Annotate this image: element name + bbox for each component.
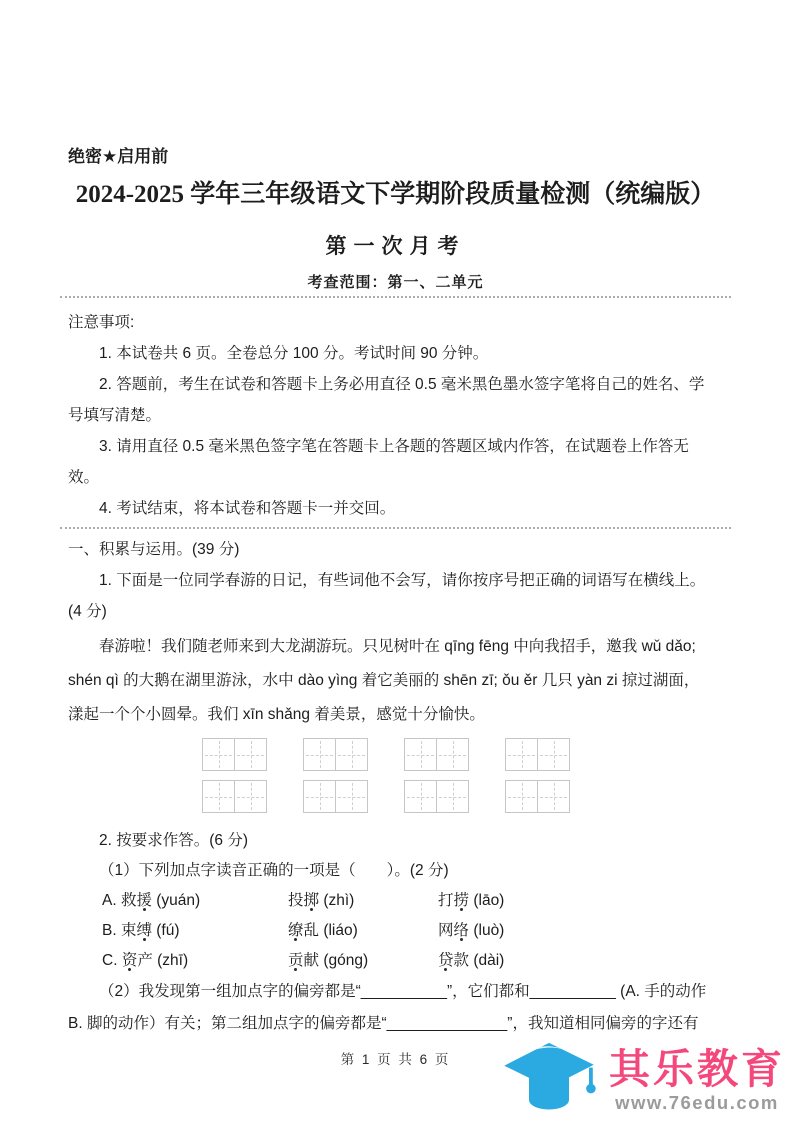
option-item: C. 资产 (zhī)	[102, 946, 288, 976]
writing-grid	[202, 738, 723, 813]
option-text: (yuán)	[152, 892, 200, 909]
question-1-prompt-line: (4 分)	[68, 596, 723, 627]
dotted-char: 捞	[454, 892, 470, 909]
diary-line: 春游啦！我们随老师来到大龙湖游玩。只见树叶在 qīng fēng 中向我招手，邀…	[68, 630, 723, 664]
tianzige-cell	[335, 780, 368, 813]
option-text: (lāo)	[469, 892, 504, 909]
notice-section: 注意事项: 1. 本试卷共 6 页。全卷总分 100 分。考试时间 90 分钟。…	[68, 307, 723, 524]
exam-subtitle: 第一次月考	[68, 232, 723, 260]
notice-item-line: 效。	[68, 462, 723, 493]
option-item: 打捞 (lāo)	[438, 886, 723, 916]
tianzige-cell	[436, 780, 469, 813]
dotted-char: 缚	[136, 922, 152, 939]
diary-line: 漾起一个个小圆晕。我们 xīn shǎng 着美景，感觉十分愉快。	[68, 698, 723, 732]
grid-group	[404, 780, 469, 813]
grid-group	[404, 738, 469, 771]
graduation-cap-icon	[501, 1040, 597, 1120]
classification-label: 绝密★启用前	[68, 146, 723, 168]
grid-group	[505, 738, 570, 771]
tianzige-cell	[303, 738, 336, 771]
question-2-1-prompt: （1）下列加点字读音正确的一项是（ ）。(2 分)	[68, 856, 723, 886]
question-1-prompt: 1. 下面是一位同学春游的日记，有些词他不会写，请你按序号把正确的词语写在横线上…	[68, 565, 723, 627]
option-row: B. 束缚 (fú)缭乱 (liáo)网络 (luò)	[102, 916, 723, 946]
option-text: 投	[288, 892, 304, 909]
divider-bottom	[60, 527, 731, 529]
notice-item-line: 3. 请用直径 0.5 毫米黑色签字笔在答题卡上各题的答题区域内作答，在试题卷上…	[68, 431, 723, 462]
option-text: (luò)	[469, 922, 504, 939]
dotted-char: 贡	[288, 952, 304, 969]
question-1-prompt-line: 1. 下面是一位同学春游的日记，有些词他不会写，请你按序号把正确的词语写在横线上…	[68, 565, 723, 596]
option-text: 产 (zhī)	[137, 952, 188, 969]
option-item: 贷款 (dài)	[438, 946, 723, 976]
tianzige-cell	[436, 738, 469, 771]
notice-item-line: 2. 答题前，考生在试卷和答题卡上务必用直径 0.5 毫米黑色墨水签字笔将自己的…	[68, 369, 723, 400]
option-text: A. 救	[102, 892, 136, 909]
notice-item-line: 1. 本试卷共 6 页。全卷总分 100 分。考试时间 90 分钟。	[68, 338, 723, 369]
dotted-char: 掷	[304, 892, 320, 909]
tianzige-cell	[404, 738, 437, 771]
section-1-heading: 一、积累与运用。(39 分)	[68, 534, 723, 565]
exam-paper-page: 绝密★启用前 2024-2025 学年三年级语文下学期阶段质量检测（统编版） 第…	[0, 0, 793, 1122]
brand-url: www.76edu.com	[615, 1092, 779, 1114]
option-text: B. 束	[102, 922, 136, 939]
notice-item-line: 4. 考试结束，将本试卷和答题卡一并交回。	[68, 493, 723, 524]
grid-group	[303, 780, 368, 813]
option-text: (zhì)	[319, 892, 354, 909]
question-2-heading: 2. 按要求作答。(6 分)	[68, 826, 723, 856]
tianzige-cell	[234, 738, 267, 771]
grid-row	[202, 780, 723, 813]
option-text: 乱 (liáo)	[304, 922, 358, 939]
grid-group	[505, 780, 570, 813]
dotted-char: 络	[454, 922, 470, 939]
tianzige-cell	[505, 738, 538, 771]
notice-heading: 注意事项:	[68, 307, 723, 338]
diary-line: shén qì 的大鹅在湖里游泳，水中 dào yìng 着它美丽的 shēn …	[68, 664, 723, 698]
option-row: C. 资产 (zhī)贡献 (góng)贷款 (dài)	[102, 946, 723, 976]
brand-text: 其乐教育 www.76edu.com	[609, 1047, 785, 1114]
diary-paragraph: 春游啦！我们随老师来到大龙湖游玩。只见树叶在 qīng fēng 中向我招手，邀…	[68, 630, 723, 732]
exam-scope: 考查范围：第一、二单元	[68, 273, 723, 293]
page-title: 2024-2025 学年三年级语文下学期阶段质量检测（统编版）	[68, 178, 723, 212]
option-row: A. 救援 (yuán)投掷 (zhì)打捞 (lāo)	[102, 886, 723, 916]
option-item: B. 束缚 (fú)	[102, 916, 288, 946]
dotted-char: 贷	[438, 952, 454, 969]
grid-group	[202, 738, 267, 771]
option-item: 缭乱 (liáo)	[288, 916, 438, 946]
grid-group	[202, 780, 267, 813]
option-text: (fú)	[152, 922, 180, 939]
option-text: C.	[102, 952, 122, 969]
dotted-char: 缭	[288, 922, 304, 939]
tianzige-cell	[505, 780, 538, 813]
divider-top	[60, 296, 731, 298]
question-2-2-text: （2）我发现第一组加点字的偏旁都是“__________”，它们都和______…	[68, 976, 723, 1040]
option-text: 打	[438, 892, 454, 909]
option-item: 网络 (luò)	[438, 916, 723, 946]
brand-name: 其乐教育	[609, 1047, 785, 1091]
option-text: 款 (dài)	[454, 952, 505, 969]
tianzige-cell	[234, 780, 267, 813]
tianzige-cell	[404, 780, 437, 813]
tianzige-cell	[202, 738, 235, 771]
option-item: A. 救援 (yuán)	[102, 886, 288, 916]
notice-items: 1. 本试卷共 6 页。全卷总分 100 分。考试时间 90 分钟。2. 答题前…	[68, 338, 723, 524]
tianzige-cell	[335, 738, 368, 771]
option-item: 贡献 (góng)	[288, 946, 438, 976]
dotted-char: 资	[122, 952, 138, 969]
grid-row	[202, 738, 723, 771]
question-2-1-options: A. 救援 (yuán)投掷 (zhì)打捞 (lāo)B. 束缚 (fú)缭乱…	[102, 886, 723, 976]
grid-group	[303, 738, 368, 771]
tianzige-cell	[303, 780, 336, 813]
question-2-2-line: （2）我发现第一组加点字的偏旁都是“__________”，它们都和______…	[68, 976, 723, 1008]
notice-item-line: 号填写清楚。	[68, 400, 723, 431]
tianzige-cell	[537, 738, 570, 771]
dotted-char: 援	[136, 892, 152, 909]
option-item: 投掷 (zhì)	[288, 886, 438, 916]
tianzige-cell	[537, 780, 570, 813]
brand-logo: 其乐教育 www.76edu.com	[501, 1040, 785, 1120]
option-text: 献 (góng)	[304, 952, 369, 969]
option-text: 网	[438, 922, 454, 939]
tianzige-cell	[202, 780, 235, 813]
question-2-2-line: B. 脚的动作）有关；第二组加点字的偏旁都是“______________”，我…	[68, 1008, 723, 1040]
